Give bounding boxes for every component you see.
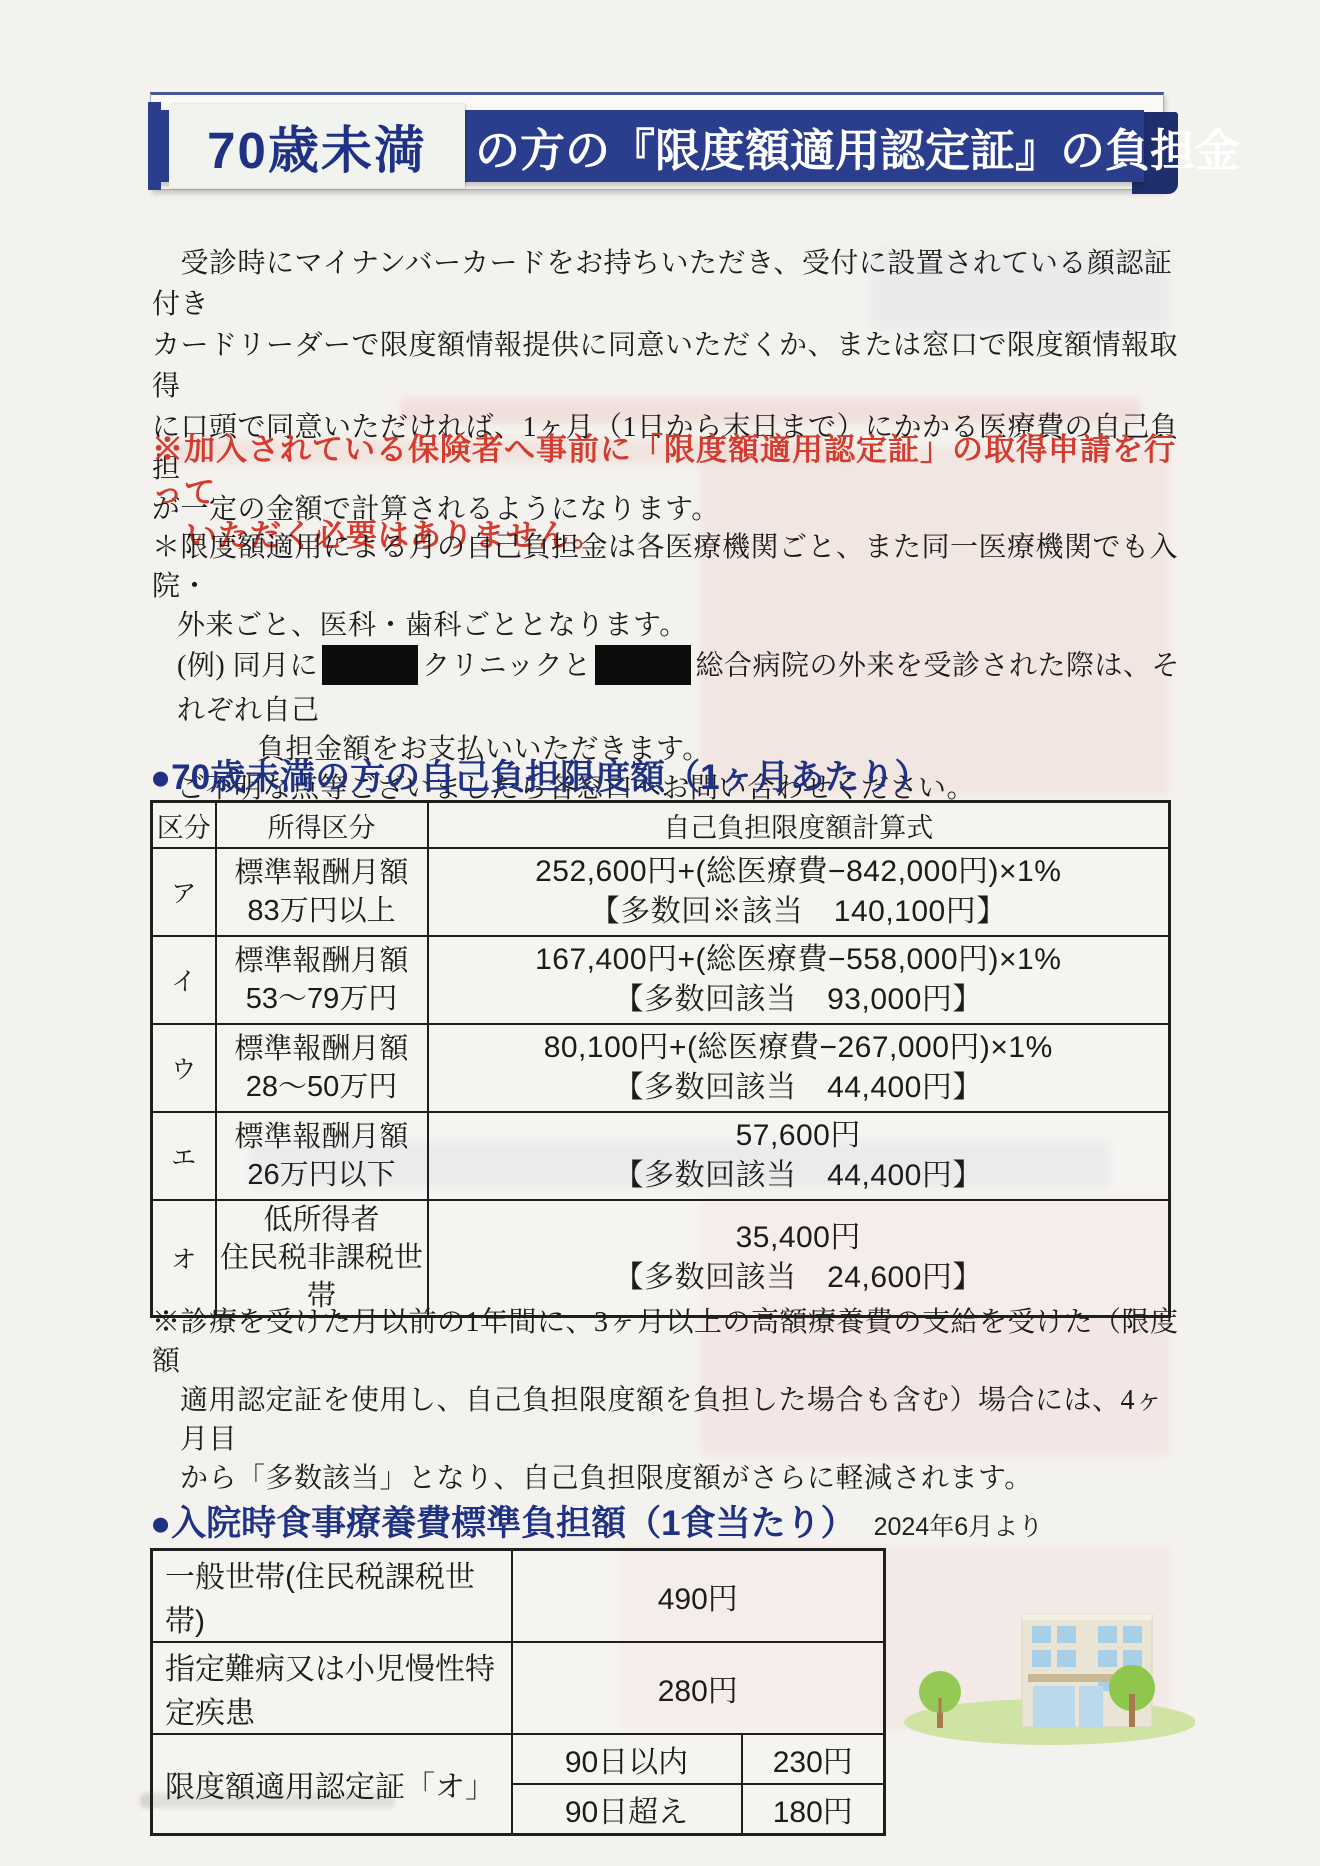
income-line: 26万円以下: [217, 1156, 427, 1194]
income-line: 標準報酬月額: [217, 1118, 427, 1156]
effective-date-note: 2024年6月より: [874, 1513, 1044, 1541]
category-cell: イ: [152, 936, 216, 1024]
meal-section-heading: ●入院時食事療養費標準負担額（1食当たり）2024年6月より: [150, 1496, 1043, 1546]
charge-value-cell: 230円: [742, 1734, 885, 1784]
formula-line: 【多数回該当 93,000円】: [429, 980, 1169, 1020]
charge-value-cell: 280円: [512, 1642, 885, 1734]
note-line: ※診療を受けた月以前の1年間に、3ヶ月以上の高額療養費の支給を受けた（限度額: [152, 1303, 1182, 1381]
intro-line: 受診時にマイナンバーカードをお持ちいただき、受付に設置されている顔認証付き: [152, 243, 1182, 325]
column-header: 自己負担限度額計算式: [428, 802, 1170, 849]
formula-line: 【多数回該当 24,600円】: [429, 1258, 1169, 1298]
charge-value-cell: 180円: [742, 1784, 885, 1835]
table-row: 指定難病又は小児慢性特定疾患 280円: [152, 1642, 885, 1734]
income-line: 低所得者: [217, 1201, 427, 1239]
category-cell: エ: [152, 1112, 216, 1200]
hospital-illustration: [900, 1612, 1195, 1747]
formula-line: 80,100円+(総医療費−267,000円)×1%: [429, 1028, 1169, 1068]
banner-left-accent: [148, 102, 161, 190]
formula-line: 【多数回該当 44,400円】: [429, 1068, 1169, 1108]
category-cell: オ: [152, 1200, 216, 1317]
income-line: 53～79万円: [217, 980, 427, 1018]
certificate-label-cell: 限度額適用認定証「オ」: [152, 1734, 512, 1835]
category-cell: ウ: [152, 1024, 216, 1112]
formula-cell: 167,400円+(総医療費−558,000円)×1% 【多数回該当 93,00…: [428, 936, 1170, 1024]
formula-line: 57,600円: [429, 1116, 1169, 1156]
column-header: 区分: [152, 802, 216, 849]
income-line: 標準報酬月額: [217, 1030, 427, 1068]
table-row: エ 標準報酬月額 26万円以下 57,600円 【多数回該当 44,400円】: [152, 1112, 1170, 1200]
formula-cell: 57,600円 【多数回該当 44,400円】: [428, 1112, 1170, 1200]
banner-bar: 70歳未満 の方の『限度額適用認定証』の負担金: [156, 110, 1144, 182]
formula-line: 【多数回該当 44,400円】: [429, 1156, 1169, 1196]
formula-cell: 252,600円+(総医療費−842,000円)×1% 【多数回※該当 140,…: [428, 848, 1170, 936]
intro-line: カードリーダーで限度額情報提供に同意いただくか、または窓口で限度額情報取得: [152, 325, 1182, 407]
formula-line: 252,600円+(総医療費−842,000円)×1%: [429, 852, 1169, 892]
meal-section-title: ●入院時食事療養費標準負担額（1食当たり）: [150, 1504, 856, 1543]
redacted-hospital-name: [595, 645, 691, 685]
income-line: 標準報酬月額: [217, 854, 427, 892]
income-cell: 標準報酬月額 53～79万円: [216, 936, 428, 1024]
table-row: オ 低所得者 住民税非課税世帯 35,400円 【多数回該当 24,600円】: [152, 1200, 1170, 1317]
column-header: 所得区分: [216, 802, 428, 849]
household-label-cell: 一般世帯(住民税課税世帯): [152, 1550, 512, 1643]
example-text: クリニックと: [422, 650, 591, 681]
table-row: 限度額適用認定証「オ」 90日以内 230円: [152, 1734, 885, 1784]
scanned-document-page: 70歳未満 の方の『限度額適用認定証』の負担金 受診時にマイナンバーカードをお持…: [0, 0, 1320, 1866]
income-cell: 標準報酬月額 83万円以上: [216, 848, 428, 936]
limit-section-heading: ●70歳未満の方の自己負担限度額（1ヶ月あたり）: [150, 750, 930, 800]
category-cell: ア: [152, 848, 216, 936]
banner-title-rest: の方の『限度額適用認定証』の負担金: [475, 114, 1240, 179]
multiple-occurrence-note: ※診療を受けた月以前の1年間に、3ヶ月以上の高額療養費の支給を受けた（限度額 適…: [152, 1303, 1182, 1498]
table-row: ア 標準報酬月額 83万円以上 252,600円+(総医療費−842,000円)…: [152, 848, 1170, 936]
note-example-line: (例) 同月にクリニックと総合病院の外来を受診された際は、それぞれ自己: [152, 645, 1182, 730]
income-line: 標準報酬月額: [217, 942, 427, 980]
income-line: 28～50万円: [217, 1068, 427, 1106]
note-line: ＊限度額適用による月の自己負担金は各医療機関ごと、また同一医療機関でも入院・: [152, 528, 1182, 606]
formula-cell: 80,100円+(総医療費−267,000円)×1% 【多数回該当 44,400…: [428, 1024, 1170, 1112]
period-cell: 90日以内: [512, 1734, 742, 1784]
formula-line: 【多数回※該当 140,100円】: [429, 892, 1169, 932]
table-row: イ 標準報酬月額 53～79万円 167,400円+(総医療費−558,000円…: [152, 936, 1170, 1024]
note-line: 外来ごと、医科・歯科ごととなります。: [152, 606, 1182, 645]
table-row: 一般世帯(住民税課税世帯) 490円: [152, 1550, 885, 1643]
banner-title-highlight: 70歳未満: [169, 104, 465, 188]
redacted-clinic-name: [322, 645, 418, 685]
formula-cell: 35,400円 【多数回該当 24,600円】: [428, 1200, 1170, 1317]
note-line: 適用認定証を使用し、自己負担限度額を負担した場合も含む）場合には、4ヶ月目: [152, 1381, 1182, 1459]
red-note-line: ※加入されている保険者へ事前に「限度額適用認定証」の取得申請を行って: [152, 428, 1182, 514]
formula-line: 35,400円: [429, 1218, 1169, 1258]
title-banner: 70歳未満 の方の『限度額適用認定証』の負担金: [148, 92, 1178, 198]
formula-line: 167,400円+(総医療費−558,000円)×1%: [429, 940, 1169, 980]
meal-charge-table: 一般世帯(住民税課税世帯) 490円 指定難病又は小児慢性特定疾患 280円 限…: [150, 1548, 886, 1836]
table-header-row: 区分 所得区分 自己負担限度額計算式: [152, 802, 1170, 849]
charge-value-cell: 490円: [512, 1550, 885, 1643]
note-line: から「多数該当」となり、自己負担限度額がさらに軽減されます。: [152, 1459, 1182, 1498]
household-label-cell: 指定難病又は小児慢性特定疾患: [152, 1642, 512, 1734]
example-text: (例) 同月に: [177, 650, 318, 681]
period-cell: 90日超え: [512, 1784, 742, 1835]
income-line: 83万円以上: [217, 892, 427, 930]
table-row: ウ 標準報酬月額 28～50万円 80,100円+(総医療費−267,000円)…: [152, 1024, 1170, 1112]
income-cell: 低所得者 住民税非課税世帯: [216, 1200, 428, 1317]
self-pay-limit-table: 区分 所得区分 自己負担限度額計算式 ア 標準報酬月額 83万円以上 252,6…: [150, 800, 1171, 1318]
income-cell: 標準報酬月額 28～50万円: [216, 1024, 428, 1112]
income-cell: 標準報酬月額 26万円以下: [216, 1112, 428, 1200]
